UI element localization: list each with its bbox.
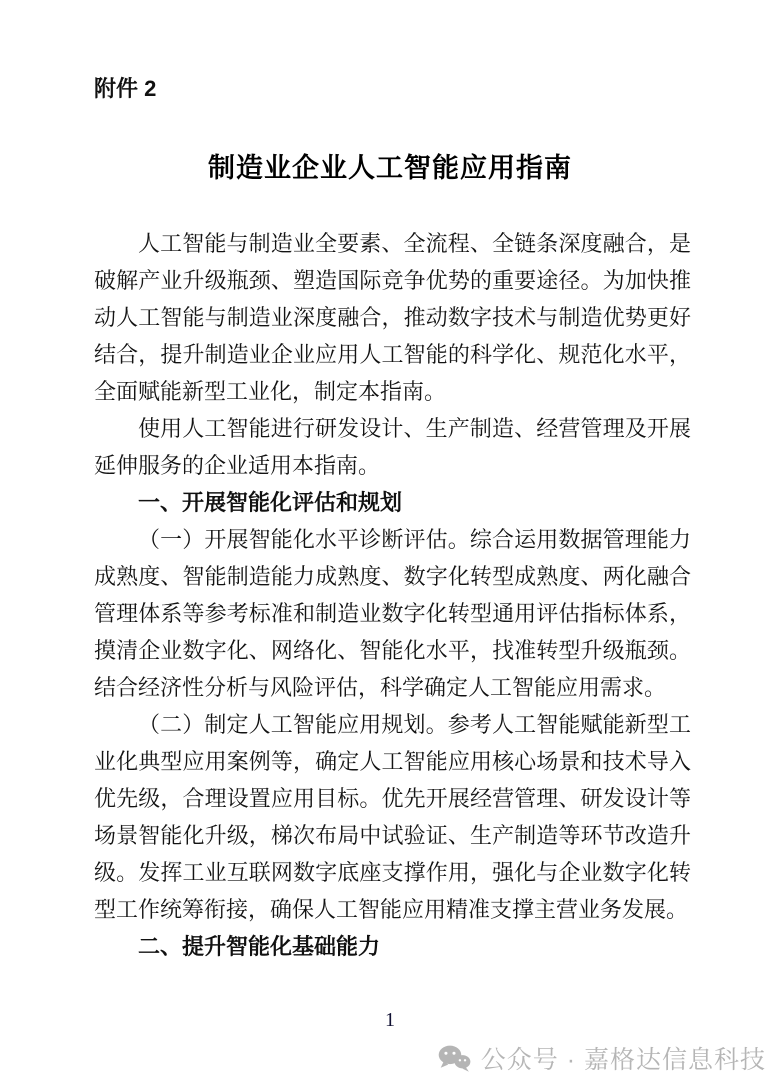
paragraph-line: （二）制定人工智能应用规划。参考人工智能赋能新型工 [94,706,691,743]
paragraph-line: 摸清企业数字化、网络化、智能化水平，找准转型升级瓶颈。 [94,632,691,669]
paragraph-line: 场景智能化升级，梯次布局中试验证、生产制造等环节改造升 [94,817,691,854]
paragraph-line: 成熟度、智能制造能力成熟度、数字化转型成熟度、两化融合 [94,558,691,595]
page-number: 1 [0,1008,780,1032]
paragraph-line: （一）开展智能化水平诊断评估。综合运用数据管理能力 [94,521,691,558]
watermark: 公众号 · 嘉格达信息科技 [437,1042,766,1074]
paragraph-line: 全面赋能新型工业化，制定本指南。 [94,373,691,410]
paragraph-line: 优先级，合理设置应用目标。优先开展经营管理、研发设计等 [94,780,691,817]
document-body: 人工智能与制造业全要素、全流程、全链条深度融合，是 破解产业升级瓶颈、塑造国际竞… [94,225,691,965]
document-page: 附件 2 制造业企业人工智能应用指南 人工智能与制造业全要素、全流程、全链条深度… [0,0,780,1085]
paragraph-line: 业化典型应用案例等，确定人工智能应用核心场景和技术导入 [94,743,691,780]
paragraph-line: 级。发挥工业互联网数字底座支撑作用，强化与企业数字化转 [94,854,691,891]
paragraph-line: 使用人工智能进行研发设计、生产制造、经营管理及开展 [94,410,691,447]
watermark-text: 公众号 · 嘉格达信息科技 [481,1040,766,1076]
attachment-label: 附件 2 [0,0,780,102]
paragraph-line: 结合，提升制造业企业应用人工智能的科学化、规范化水平， [94,336,691,373]
wechat-icon [437,1044,471,1073]
paragraph-line: 管理体系等参考标准和制造业数字化转型通用评估指标体系， [94,595,691,632]
paragraph-line: 破解产业升级瓶颈、塑造国际竞争优势的重要途径。为加快推 [94,262,691,299]
paragraph-line: 人工智能与制造业全要素、全流程、全链条深度融合，是 [94,225,691,262]
paragraph-line: 结合经济性分析与风险评估，科学确定人工智能应用需求。 [94,669,691,706]
paragraph-line: 延伸服务的企业适用本指南。 [94,447,691,484]
paragraph-line: 型工作统筹衔接，确保人工智能应用精准支撑主营业务发展。 [94,891,691,928]
paragraph-line: 动人工智能与制造业深度融合，推动数字技术与制造优势更好 [94,299,691,336]
section-heading-2: 二、提升智能化基础能力 [94,928,691,965]
document-title: 制造业企业人工智能应用指南 [0,151,780,185]
section-heading-1: 一、开展智能化评估和规划 [94,484,691,521]
